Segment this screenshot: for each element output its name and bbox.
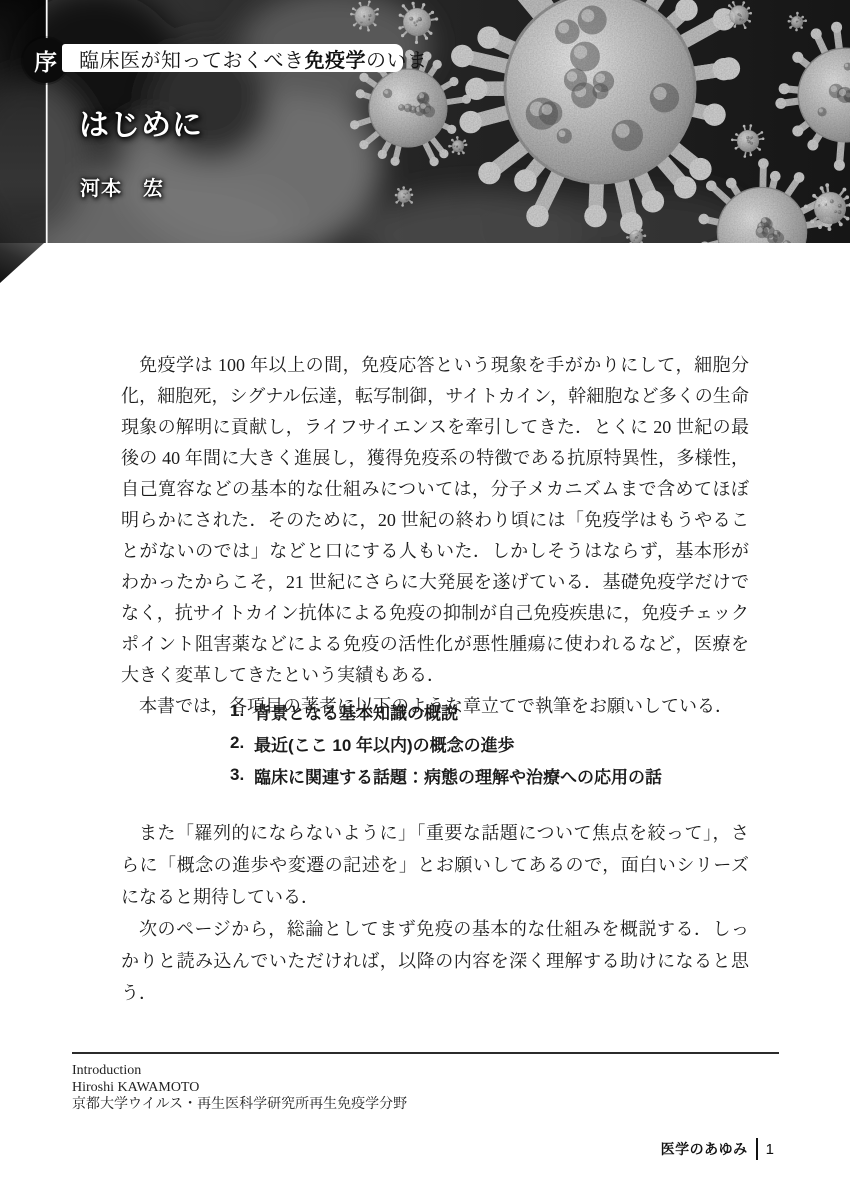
vertical-divider-line xyxy=(46,0,48,243)
list-item-text: 背景となる基本知識の概説 xyxy=(254,699,458,724)
footnote-author-en: Hiroshi KAWAMOTO xyxy=(72,1079,779,1096)
left-dark-band xyxy=(0,0,47,243)
list-item: 1. 背景となる基本知識の概説 xyxy=(230,695,662,727)
running-footer: 医学のあゆみ 1 xyxy=(661,1138,774,1160)
series-title-emphasis: 免疫学 xyxy=(305,44,367,73)
corner-fold xyxy=(0,243,44,283)
list-item-number: 2. xyxy=(230,733,254,753)
list-item-text: 最近(ここ 10 年以内)の概念の進歩 xyxy=(254,731,515,756)
document-page: 序 臨床医が知っておくべき免疫学のいま はじめに 河本 宏 免疫学は 100 年… xyxy=(0,0,850,1200)
chapter-list: 1. 背景となる基本知識の概説 2. 最近(ここ 10 年以内)の概念の進歩 3… xyxy=(230,695,662,791)
section-badge-label: 序 xyxy=(34,44,57,77)
footnote-affiliation: 京都大学ウイルス・再生医科学研究所再生免疫学分野 xyxy=(72,1096,779,1113)
series-title-suffix: のいま xyxy=(366,44,428,73)
paragraph-3: また「羅列的にならないように」「重要な話題について焦点を絞って」，さらに「概念の… xyxy=(121,817,749,913)
list-item-number: 3. xyxy=(230,765,254,785)
list-item: 3. 臨床に関連する話題：病態の理解や治療への応用の話 xyxy=(230,759,662,791)
list-item-number: 1. xyxy=(230,701,254,721)
footer-divider xyxy=(756,1138,758,1160)
footnote-title-en: Introduction xyxy=(72,1062,779,1079)
paragraph-4: 次のページから，総論としてまず免疫の基本的な仕組みを概説する．しっかりと読み込ん… xyxy=(121,913,749,1009)
list-item: 2. 最近(ここ 10 年以内)の概念の進歩 xyxy=(230,727,662,759)
body-text-continued: また「羅列的にならないように」「重要な話題について焦点を絞って」，さらに「概念の… xyxy=(121,817,749,1009)
author-name: 河本 宏 xyxy=(80,172,164,201)
footnote: Introduction Hiroshi KAWAMOTO 京都大学ウイルス・再… xyxy=(72,1052,779,1113)
series-title-bar: 臨床医が知っておくべき免疫学のいま xyxy=(62,44,403,72)
publication-name: 医学のあゆみ xyxy=(661,1139,748,1159)
series-title-prefix: 臨床医が知っておくべき xyxy=(79,44,305,73)
page-number: 1 xyxy=(766,1141,774,1158)
list-item-text: 臨床に関連する話題：病態の理解や治療への応用の話 xyxy=(254,763,662,788)
body-text: 免疫学は 100 年以上の間，免疫応答という現象を手がかりにして，細胞分化，細胞… xyxy=(121,350,749,722)
paragraph-1: 免疫学は 100 年以上の間，免疫応答という現象を手がかりにして，細胞分化，細胞… xyxy=(121,350,749,691)
page-title: はじめに xyxy=(79,100,203,144)
